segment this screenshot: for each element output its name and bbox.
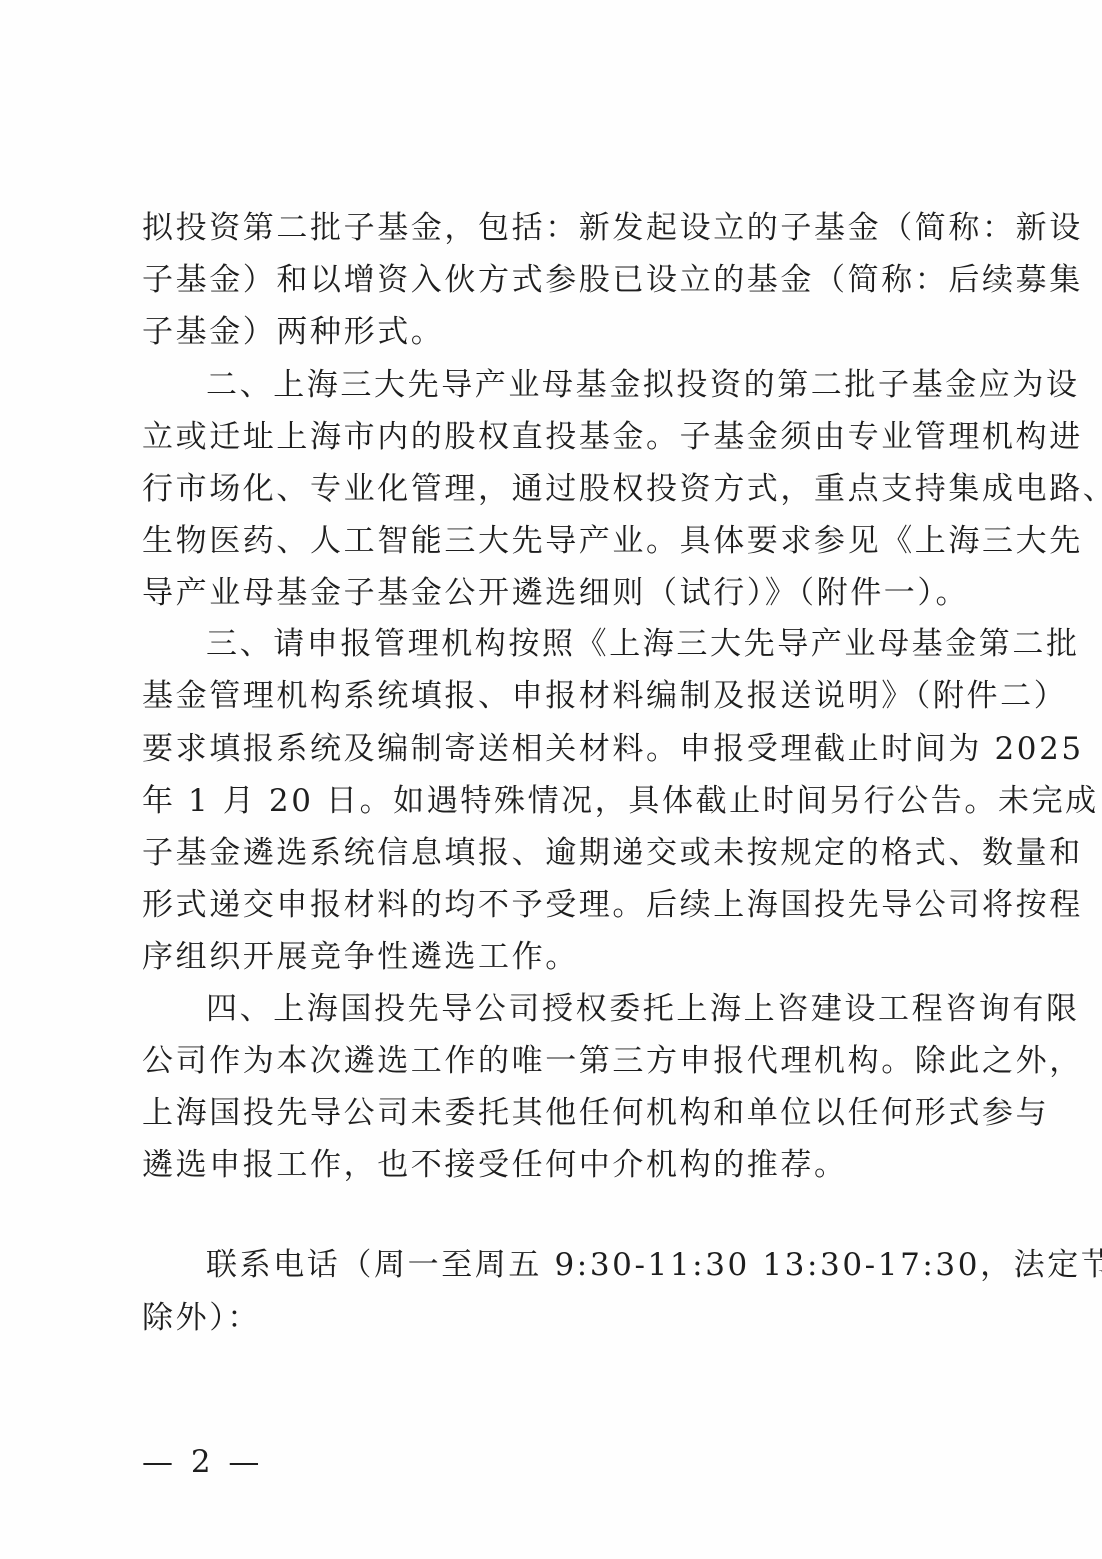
- text-line: 子基金）和以增资入伙方式参股已设立的基金（简称：后续募集: [142, 258, 964, 302]
- text-line: 上海国投先导公司未委托其他任何机构和单位以任何形式参与: [142, 1091, 964, 1135]
- text-line: 立或迁址上海市内的股权直投基金。子基金须由专业管理机构进: [142, 415, 964, 459]
- text-line: 生物医药、人工智能三大先导产业。具体要求参见《上海三大先: [142, 519, 964, 563]
- text-line: 形式递交申报材料的均不予受理。后续上海国投先导公司将按程: [142, 883, 964, 927]
- contact-hours-line: 除外）：: [142, 1296, 964, 1340]
- page-number: — 2 —: [142, 1440, 263, 1484]
- text-line: 遴选申报工作，也不接受任何中介机构的推荐。: [142, 1143, 964, 1187]
- text-line: 年 1 月 20 日。如遇特殊情况，具体截止时间另行公告。未完成: [142, 779, 964, 823]
- text-line: 拟投资第二批子基金，包括：新发起设立的子基金（简称：新设: [142, 206, 964, 250]
- text-line: 导产业母基金子基金公开遴选细则（试行）》（附件一）。: [142, 571, 964, 615]
- text-line: 公司作为本次遴选工作的唯一第三方申报代理机构。除此之外，: [142, 1039, 964, 1083]
- text-line: 子基金）两种形式。: [142, 310, 964, 354]
- text-line: 子基金遴选系统信息填报、逾期递交或未按规定的格式、数量和: [142, 831, 964, 875]
- section-4-heading-line: 四、上海国投先导公司授权委托上海上咨建设工程咨询有限: [206, 987, 964, 1031]
- contact-hours-line: 联系电话（周一至周五 9:30-11:30 13:30-17:30，法定节假日: [206, 1243, 964, 1287]
- document-page: 拟投资第二批子基金，包括：新发起设立的子基金（简称：新设 子基金）和以增资入伙方…: [0, 0, 1102, 1559]
- text-line: 行市场化、专业化管理，通过股权投资方式，重点支持集成电路、: [142, 467, 964, 511]
- text-line: 序组织开展竞争性遴选工作。: [142, 935, 964, 979]
- section-3-heading-line: 三、请申报管理机构按照《上海三大先导产业母基金第二批: [206, 622, 964, 666]
- text-line: 要求填报系统及编制寄送相关材料。申报受理截止时间为 2025: [142, 727, 964, 771]
- section-2-heading-line: 二、上海三大先导产业母基金拟投资的第二批子基金应为设: [206, 363, 964, 407]
- text-line: 基金管理机构系统填报、申报材料编制及报送说明》（附件二）: [142, 674, 964, 718]
